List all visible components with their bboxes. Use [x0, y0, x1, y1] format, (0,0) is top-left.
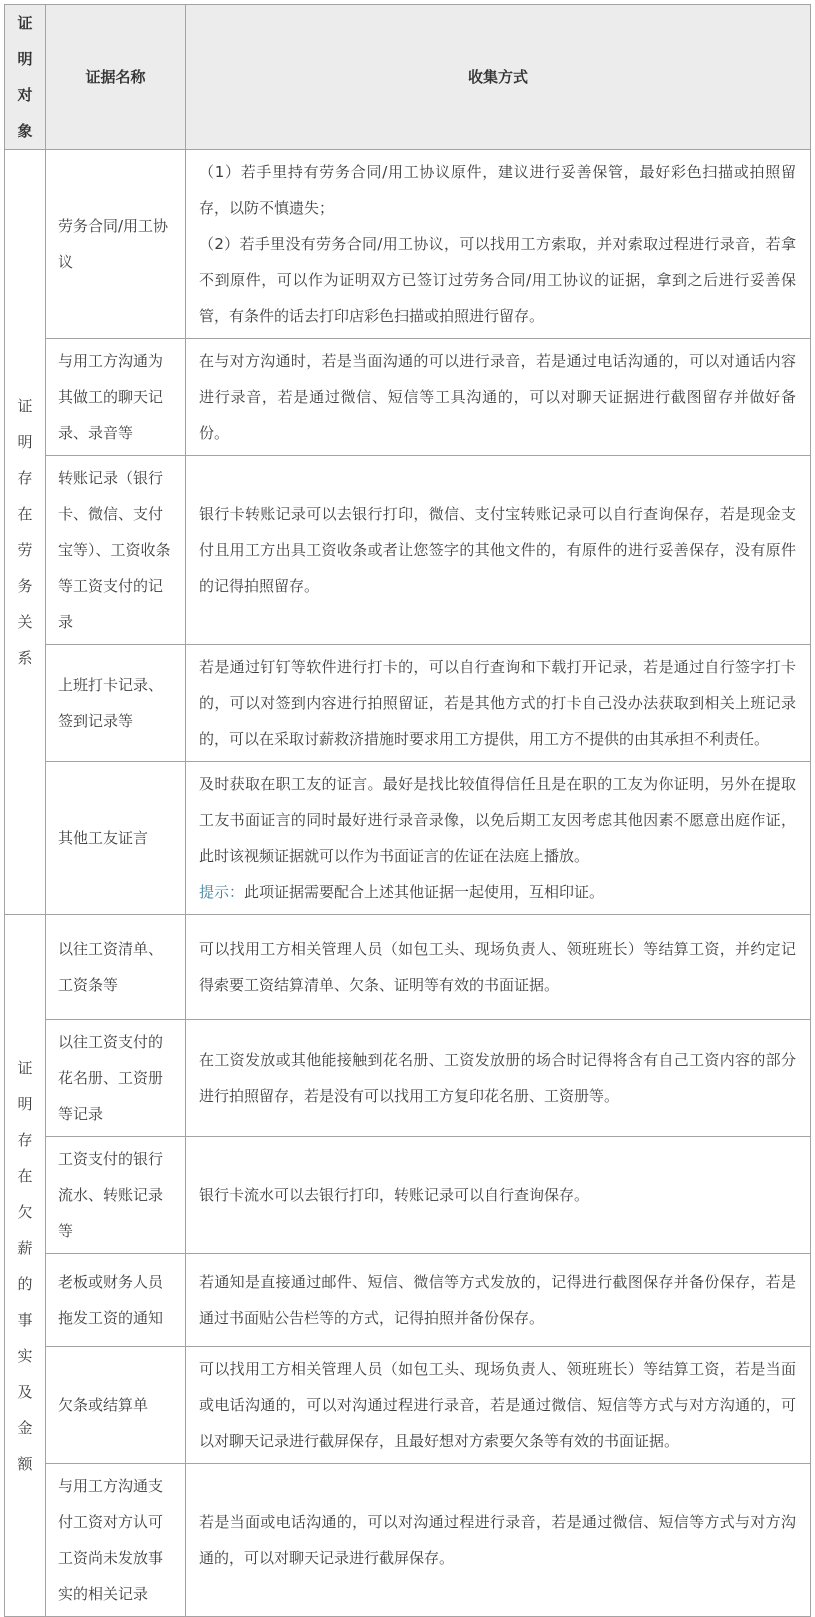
evidence-name-cell: 与用工方沟通为其做工的聊天记录、录音等 [46, 339, 186, 456]
evidence-name-cell: 上班打卡记录、签到记录等 [46, 645, 186, 762]
table-row: 转账记录（银行卡、微信、支付宝等）、工资收条等工资支付的记录银行卡转账记录可以去… [5, 456, 811, 645]
method-paragraph: 若是当面或电话沟通的，可以对沟通过程进行录音，若是通过微信、短信等方式与对方沟通… [199, 1504, 796, 1576]
table-row: 上班打卡记录、签到记录等若是通过钉钉等软件进行打卡的，可以自行查询和下载打开记录… [5, 645, 811, 762]
method-paragraph: 可以找用工方相关管理人员（如包工头、现场负责人、领班班长）等结算工资，并约定记得… [199, 931, 796, 1003]
header-row: 证 明 对 象 证据名称 收集方式 [5, 5, 811, 150]
method-paragraph: （1）若手里持有劳务合同/用工协议原件，建议进行妥善保管，最好彩色扫描或拍照留存… [199, 154, 796, 226]
method-paragraph: 在与对方沟通时，若是当面沟通的可以进行录音，若是通过电话沟通的，可以对通话内容进… [199, 343, 796, 451]
method-paragraph: 若通知是直接通过邮件、短信、微信等方式发放的，记得进行截图保存并备份保存，若是通… [199, 1264, 796, 1336]
proof-object-cell: 证 明 存 在 劳 务 关 系 [5, 150, 46, 915]
table-row: 工资支付的银行流水、转账记录等银行卡流水可以去银行打印，转账记录可以自行查询保存… [5, 1137, 811, 1254]
method-paragraph: （2）若手里没有劳务合同/用工协议，可以找用工方索取，并对索取过程进行录音，若拿… [199, 226, 796, 334]
method-paragraph: 若是通过钉钉等软件进行打卡的，可以自行查询和下载打开记录，若是通过自行签字打卡的… [199, 649, 796, 757]
collection-method-cell: 可以找用工方相关管理人员（如包工头、现场负责人、领班班长）等结算工资，并约定记得… [186, 915, 811, 1020]
table-row: 老板或财务人员拖发工资的通知若通知是直接通过邮件、短信、微信等方式发放的，记得进… [5, 1254, 811, 1347]
method-paragraph: 及时获取在职工友的证言。最好是找比较值得信任且是在职的工友为你证明，另外在提取工… [199, 766, 796, 874]
evidence-name-cell: 老板或财务人员拖发工资的通知 [46, 1254, 186, 1347]
collection-method-cell: 银行卡流水可以去银行打印，转账记录可以自行查询保存。 [186, 1137, 811, 1254]
evidence-name-cell: 欠条或结算单 [46, 1347, 186, 1464]
table-row: 以往工资支付的花名册、工资册等记录在工资发放或其他能接触到花名册、工资发放册的场… [5, 1020, 811, 1137]
header-evidence-name: 证据名称 [46, 5, 186, 150]
tip-label: 提示： [199, 883, 244, 901]
collection-method-cell: 可以找用工方相关管理人员（如包工头、现场负责人、领班班长）等结算工资，若是当面或… [186, 1347, 811, 1464]
evidence-name-cell: 其他工友证言 [46, 762, 186, 915]
collection-method-cell: 银行卡转账记录可以去银行打印，微信、支付宝转账记录可以自行查询保存，若是现金支付… [186, 456, 811, 645]
collection-method-cell: 在与对方沟通时，若是当面沟通的可以进行录音，若是通过电话沟通的，可以对通话内容进… [186, 339, 811, 456]
method-paragraph: 银行卡转账记录可以去银行打印，微信、支付宝转账记录可以自行查询保存，若是现金支付… [199, 496, 796, 604]
table-row: 与用工方沟通支付工资对方认可工资尚未发放事实的相关记录若是当面或电话沟通的，可以… [5, 1464, 811, 1617]
table-row: 证 明 存 在 劳 务 关 系劳务合同/用工协议（1）若手里持有劳务合同/用工协… [5, 150, 811, 339]
table-row: 证 明 存 在 欠 薪 的 事 实 及 金 额以往工资清单、工资条等可以找用工方… [5, 915, 811, 1020]
evidence-name-cell: 以往工资支付的花名册、工资册等记录 [46, 1020, 186, 1137]
evidence-table: 证 明 对 象 证据名称 收集方式 证 明 存 在 劳 务 关 系劳务合同/用工… [4, 4, 811, 1617]
table-row: 其他工友证言及时获取在职工友的证言。最好是找比较值得信任且是在职的工友为你证明，… [5, 762, 811, 915]
evidence-name-cell: 转账记录（银行卡、微信、支付宝等）、工资收条等工资支付的记录 [46, 456, 186, 645]
method-paragraph: 银行卡流水可以去银行打印，转账记录可以自行查询保存。 [199, 1177, 796, 1213]
proof-object-cell: 证 明 存 在 欠 薪 的 事 实 及 金 额 [5, 915, 46, 1617]
tip-paragraph: 提示：此项证据需要配合上述其他证据一起使用，互相印证。 [199, 874, 796, 910]
evidence-name-cell: 与用工方沟通支付工资对方认可工资尚未发放事实的相关记录 [46, 1464, 186, 1617]
page: 证 明 对 象 证据名称 收集方式 证 明 存 在 劳 务 关 系劳务合同/用工… [0, 0, 815, 1533]
evidence-name-cell: 工资支付的银行流水、转账记录等 [46, 1137, 186, 1254]
collection-method-cell: （1）若手里持有劳务合同/用工协议原件，建议进行妥善保管，最好彩色扫描或拍照留存… [186, 150, 811, 339]
evidence-name-cell: 劳务合同/用工协议 [46, 150, 186, 339]
header-proof-object: 证 明 对 象 [5, 5, 46, 150]
evidence-name-cell: 以往工资清单、工资条等 [46, 915, 186, 1020]
method-paragraph: 可以找用工方相关管理人员（如包工头、现场负责人、领班班长）等结算工资，若是当面或… [199, 1351, 796, 1459]
collection-method-cell: 在工资发放或其他能接触到花名册、工资发放册的场合时记得将含有自己工资内容的部分进… [186, 1020, 811, 1137]
table-body: 证 明 存 在 劳 务 关 系劳务合同/用工协议（1）若手里持有劳务合同/用工协… [5, 150, 811, 1617]
collection-method-cell: 若是当面或电话沟通的，可以对沟通过程进行录音，若是通过微信、短信等方式与对方沟通… [186, 1464, 811, 1617]
collection-method-cell: 若通知是直接通过邮件、短信、微信等方式发放的，记得进行截图保存并备份保存，若是通… [186, 1254, 811, 1347]
collection-method-cell: 及时获取在职工友的证言。最好是找比较值得信任且是在职的工友为你证明，另外在提取工… [186, 762, 811, 915]
collection-method-cell: 若是通过钉钉等软件进行打卡的，可以自行查询和下载打开记录，若是通过自行签字打卡的… [186, 645, 811, 762]
method-paragraph: 在工资发放或其他能接触到花名册、工资发放册的场合时记得将含有自己工资内容的部分进… [199, 1042, 796, 1114]
table-row: 与用工方沟通为其做工的聊天记录、录音等在与对方沟通时，若是当面沟通的可以进行录音… [5, 339, 811, 456]
table-row: 欠条或结算单可以找用工方相关管理人员（如包工头、现场负责人、领班班长）等结算工资… [5, 1347, 811, 1464]
header-collection-method: 收集方式 [186, 5, 811, 150]
